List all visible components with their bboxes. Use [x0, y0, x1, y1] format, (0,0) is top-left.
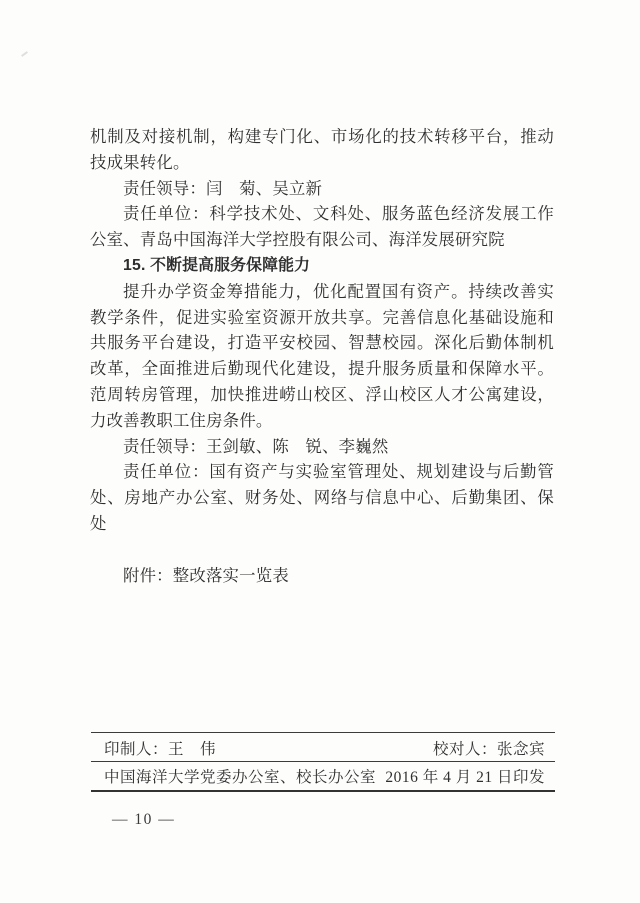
- footer-rule-top: [91, 732, 555, 733]
- document-body: 机制及对接机制，构建专门化、市场化的技术转移平台，推动科技成果转化。责任领导：闫…: [90, 124, 554, 588]
- text-line: 责任领导：王剑敏、陈 锐、李巍然: [90, 434, 554, 460]
- text-line: [90, 537, 554, 563]
- printer-info: 印制人：王 伟: [104, 737, 216, 759]
- text-line: 改革，全面推进后勤现代化建设，提升服务质量和保障水平。规: [90, 356, 554, 382]
- text-line: 处: [90, 511, 554, 537]
- proofreader-name: 张念宾: [497, 741, 545, 758]
- text-line: 机制及对接机制，构建专门化、市场化的技术转移平台，推动科: [90, 124, 554, 150]
- section-heading: 15. 不断提高服务保障能力: [90, 253, 554, 279]
- issue-date: 2016 年 4 月 21 日印发: [385, 765, 545, 787]
- printer-name: 王 伟: [168, 741, 216, 758]
- footer-rule-middle: [91, 761, 555, 762]
- footer-rule-bottom: [91, 790, 555, 792]
- text-line: 责任单位：国有资产与实验室管理处、规划建设与后勤管理: [90, 459, 554, 485]
- text-line: 技成果转化。: [90, 150, 554, 176]
- document-page: 机制及对接机制，构建专门化、市场化的技术转移平台，推动科技成果转化。责任领导：闫…: [0, 0, 640, 903]
- text-line: 力改善教职工住房条件。: [90, 408, 554, 434]
- text-line: 共服务平台建设，打造平安校园、智慧校园。深化后勤体制机制: [90, 330, 554, 356]
- text-line: 公室、青岛中国海洋大学控股有限公司、海洋发展研究院: [90, 227, 554, 253]
- text-line: 处、房地产办公室、财务处、网络与信息中心、后勤集团、保卫: [90, 485, 554, 511]
- footer-row-print-proof: 印制人：王 伟 校对人：张念宾: [91, 736, 555, 760]
- proofreader-info: 校对人：张念宾: [433, 737, 545, 759]
- text-line: 附件：整改落实一览表: [90, 563, 554, 589]
- text-line: 范周转房管理，加快推进崂山校区、浮山校区人才公寓建设，努: [90, 382, 554, 408]
- issuer-offices: 中国海洋大学党委办公室、校长办公室: [104, 765, 376, 787]
- page-number: — 10 —: [112, 811, 175, 829]
- text-line: 责任领导：闫 菊、吴立新: [90, 176, 554, 202]
- proofreader-label: 校对人：: [433, 741, 497, 758]
- printer-label: 印制人：: [104, 741, 168, 758]
- text-line: 教学条件，促进实验室资源开放共享。完善信息化基础设施和公: [90, 305, 554, 331]
- text-line: 提升办学资金筹措能力，优化配置国有资产。持续改善实验: [90, 279, 554, 305]
- footer-row-issuer-date: 中国海洋大学党委办公室、校长办公室 2016 年 4 月 21 日印发: [91, 764, 555, 788]
- text-line: 责任单位：科学技术处、文科处、服务蓝色经济发展工作办: [90, 201, 554, 227]
- scan-artifact: [21, 51, 28, 57]
